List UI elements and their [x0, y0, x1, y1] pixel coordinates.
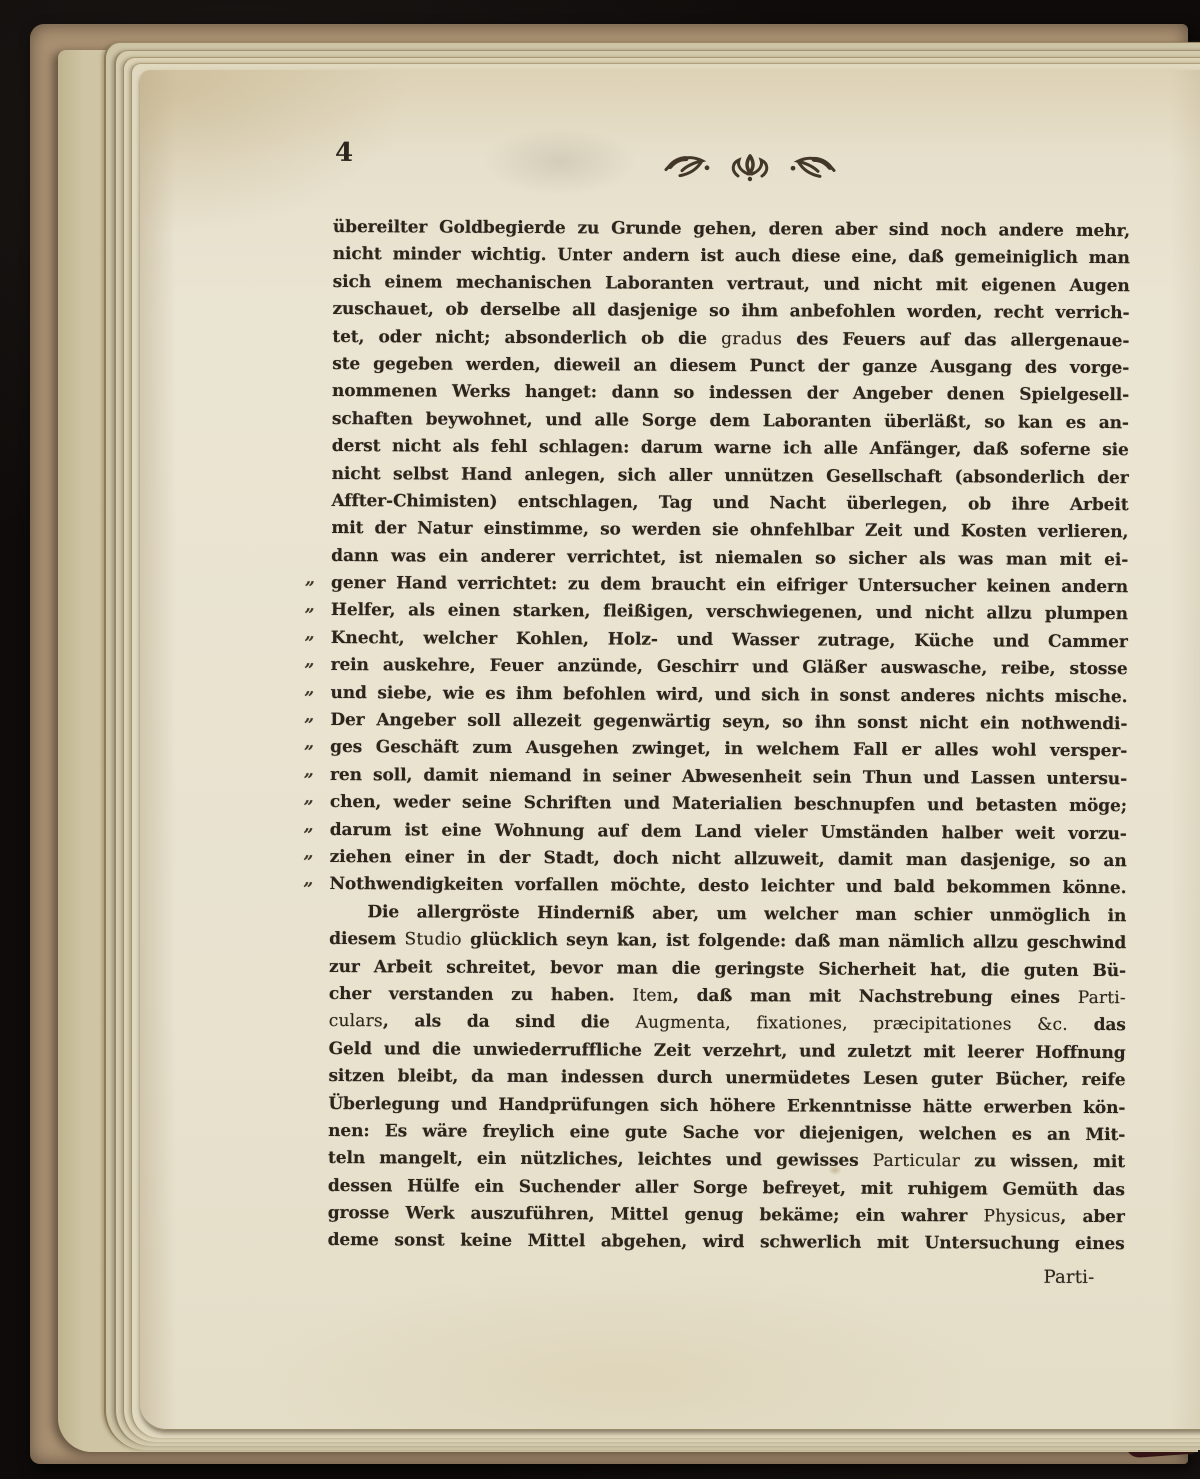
text-line: tet, oder nicht; absonderlich ob die gra… — [332, 324, 1129, 356]
text-line: „ren soll, damit niemand in seiner Abwes… — [330, 762, 1127, 794]
margin-quote-mark: „ — [304, 785, 314, 812]
text-line: „ziehen einer in der Stadt, doch nicht a… — [330, 844, 1127, 876]
text-line: teln mangelt, ein nützliches, leichtes u… — [328, 1145, 1125, 1177]
text-line: cher verstanden zu haben. Item, daß man … — [329, 981, 1126, 1013]
text-line: diesem Studio glücklich seyn kan, ist fo… — [329, 926, 1126, 958]
text-line: derst nicht als fehl schlagen: darum war… — [332, 433, 1129, 465]
body-text: übereilter Goldbegierde zu Grunde gehen,… — [327, 214, 1130, 1293]
text-line: zur Arbeit schreitet, bevor man die geri… — [329, 954, 1126, 986]
margin-quote-mark: „ — [305, 566, 315, 593]
text-line: „ges Geschäft zum Ausgehen zwinget, in w… — [330, 734, 1127, 766]
text-line: sitzen bleibt, da man indessen durch une… — [328, 1063, 1125, 1095]
text-line: übereilter Goldbegierde zu Grunde gehen,… — [333, 214, 1130, 246]
margin-quote-mark: „ — [305, 621, 315, 648]
text-line: „Helfer, als einen starken, fleißigen, v… — [331, 597, 1128, 629]
text-line: „gener Hand verrichtet: zu dem braucht e… — [331, 570, 1128, 602]
text-line: „chen, weder seine Schriften und Materia… — [330, 789, 1127, 821]
text-line: „rein auskehre, Feuer anzünde, Geschirr … — [331, 652, 1128, 684]
margin-quote-mark: „ — [304, 840, 314, 867]
fleuron-ornament-icon — [660, 148, 840, 193]
margin-quote-mark: „ — [304, 675, 314, 702]
text-line: nicht selbst Hand anlegen, sich aller un… — [332, 461, 1129, 493]
text-line: „und siebe, wie es ihm befohlen wird, un… — [330, 680, 1127, 712]
text-line: deme sonst keine Mittel abgehen, wird sc… — [328, 1227, 1125, 1259]
text-line: „darum ist eine Wohnung auf dem Land vie… — [330, 817, 1127, 849]
text-line: nommenen Werks hanget: dann so indessen … — [332, 378, 1129, 410]
margin-quote-mark: „ — [303, 867, 313, 894]
text-line: mit der Natur einstimme, so werden sie o… — [331, 515, 1128, 547]
text-line: sich einem mechanischen Laboranten vertr… — [333, 269, 1130, 301]
text-line: ste gegeben werden, dieweil an diesem Pu… — [332, 351, 1129, 383]
margin-quote-mark: „ — [304, 758, 314, 785]
text-line: culars, als da sind die Augmenta, fixati… — [329, 1008, 1126, 1040]
text-line: dessen Hülfe ein Suchender aller Sorge b… — [328, 1173, 1125, 1205]
book-scan: 4 übereilter Goldbegierde zu Grunde gehe… — [0, 0, 1200, 1479]
text-line: „Nothwendigkeiten vorfallen möchte, dest… — [329, 871, 1126, 903]
text-line: grosse Werk auszuführen, Mittel genug be… — [328, 1200, 1125, 1232]
text-line: „Der Angeber soll allezeit gegenwärtig s… — [330, 707, 1127, 739]
text-line: Überlegung und Handprüfungen sich höhere… — [328, 1090, 1125, 1122]
text-line: Die allergröste Hinderniß aber, um welch… — [329, 899, 1126, 931]
text-line: Affter-Chimisten) entschlagen, Tag und N… — [331, 488, 1128, 520]
text-line: zuschauet, ob derselbe all dasjenige so … — [332, 296, 1129, 328]
text-line: dann was ein anderer verrichtet, ist nie… — [331, 543, 1128, 575]
margin-quote-mark: „ — [305, 593, 315, 620]
text-line: schaften beywohnet, und alle Sorge dem L… — [332, 406, 1129, 438]
margin-quote-mark: „ — [304, 730, 314, 757]
catchword: Parti- — [327, 1259, 1124, 1293]
page-number: 4 — [335, 138, 395, 168]
margin-quote-mark: „ — [305, 648, 315, 675]
text-line: nicht minder wichtig. Unter andern ist a… — [333, 241, 1130, 273]
text-line: Geld und die unwiederruffliche Zeit verz… — [329, 1036, 1126, 1068]
text-line: „Knecht, welcher Kohlen, Holz- und Wasse… — [331, 625, 1128, 657]
margin-quote-mark: „ — [304, 812, 314, 839]
margin-quote-mark: „ — [304, 703, 314, 730]
text-line: nen: Es wäre freylich eine gute Sache vo… — [328, 1118, 1125, 1150]
